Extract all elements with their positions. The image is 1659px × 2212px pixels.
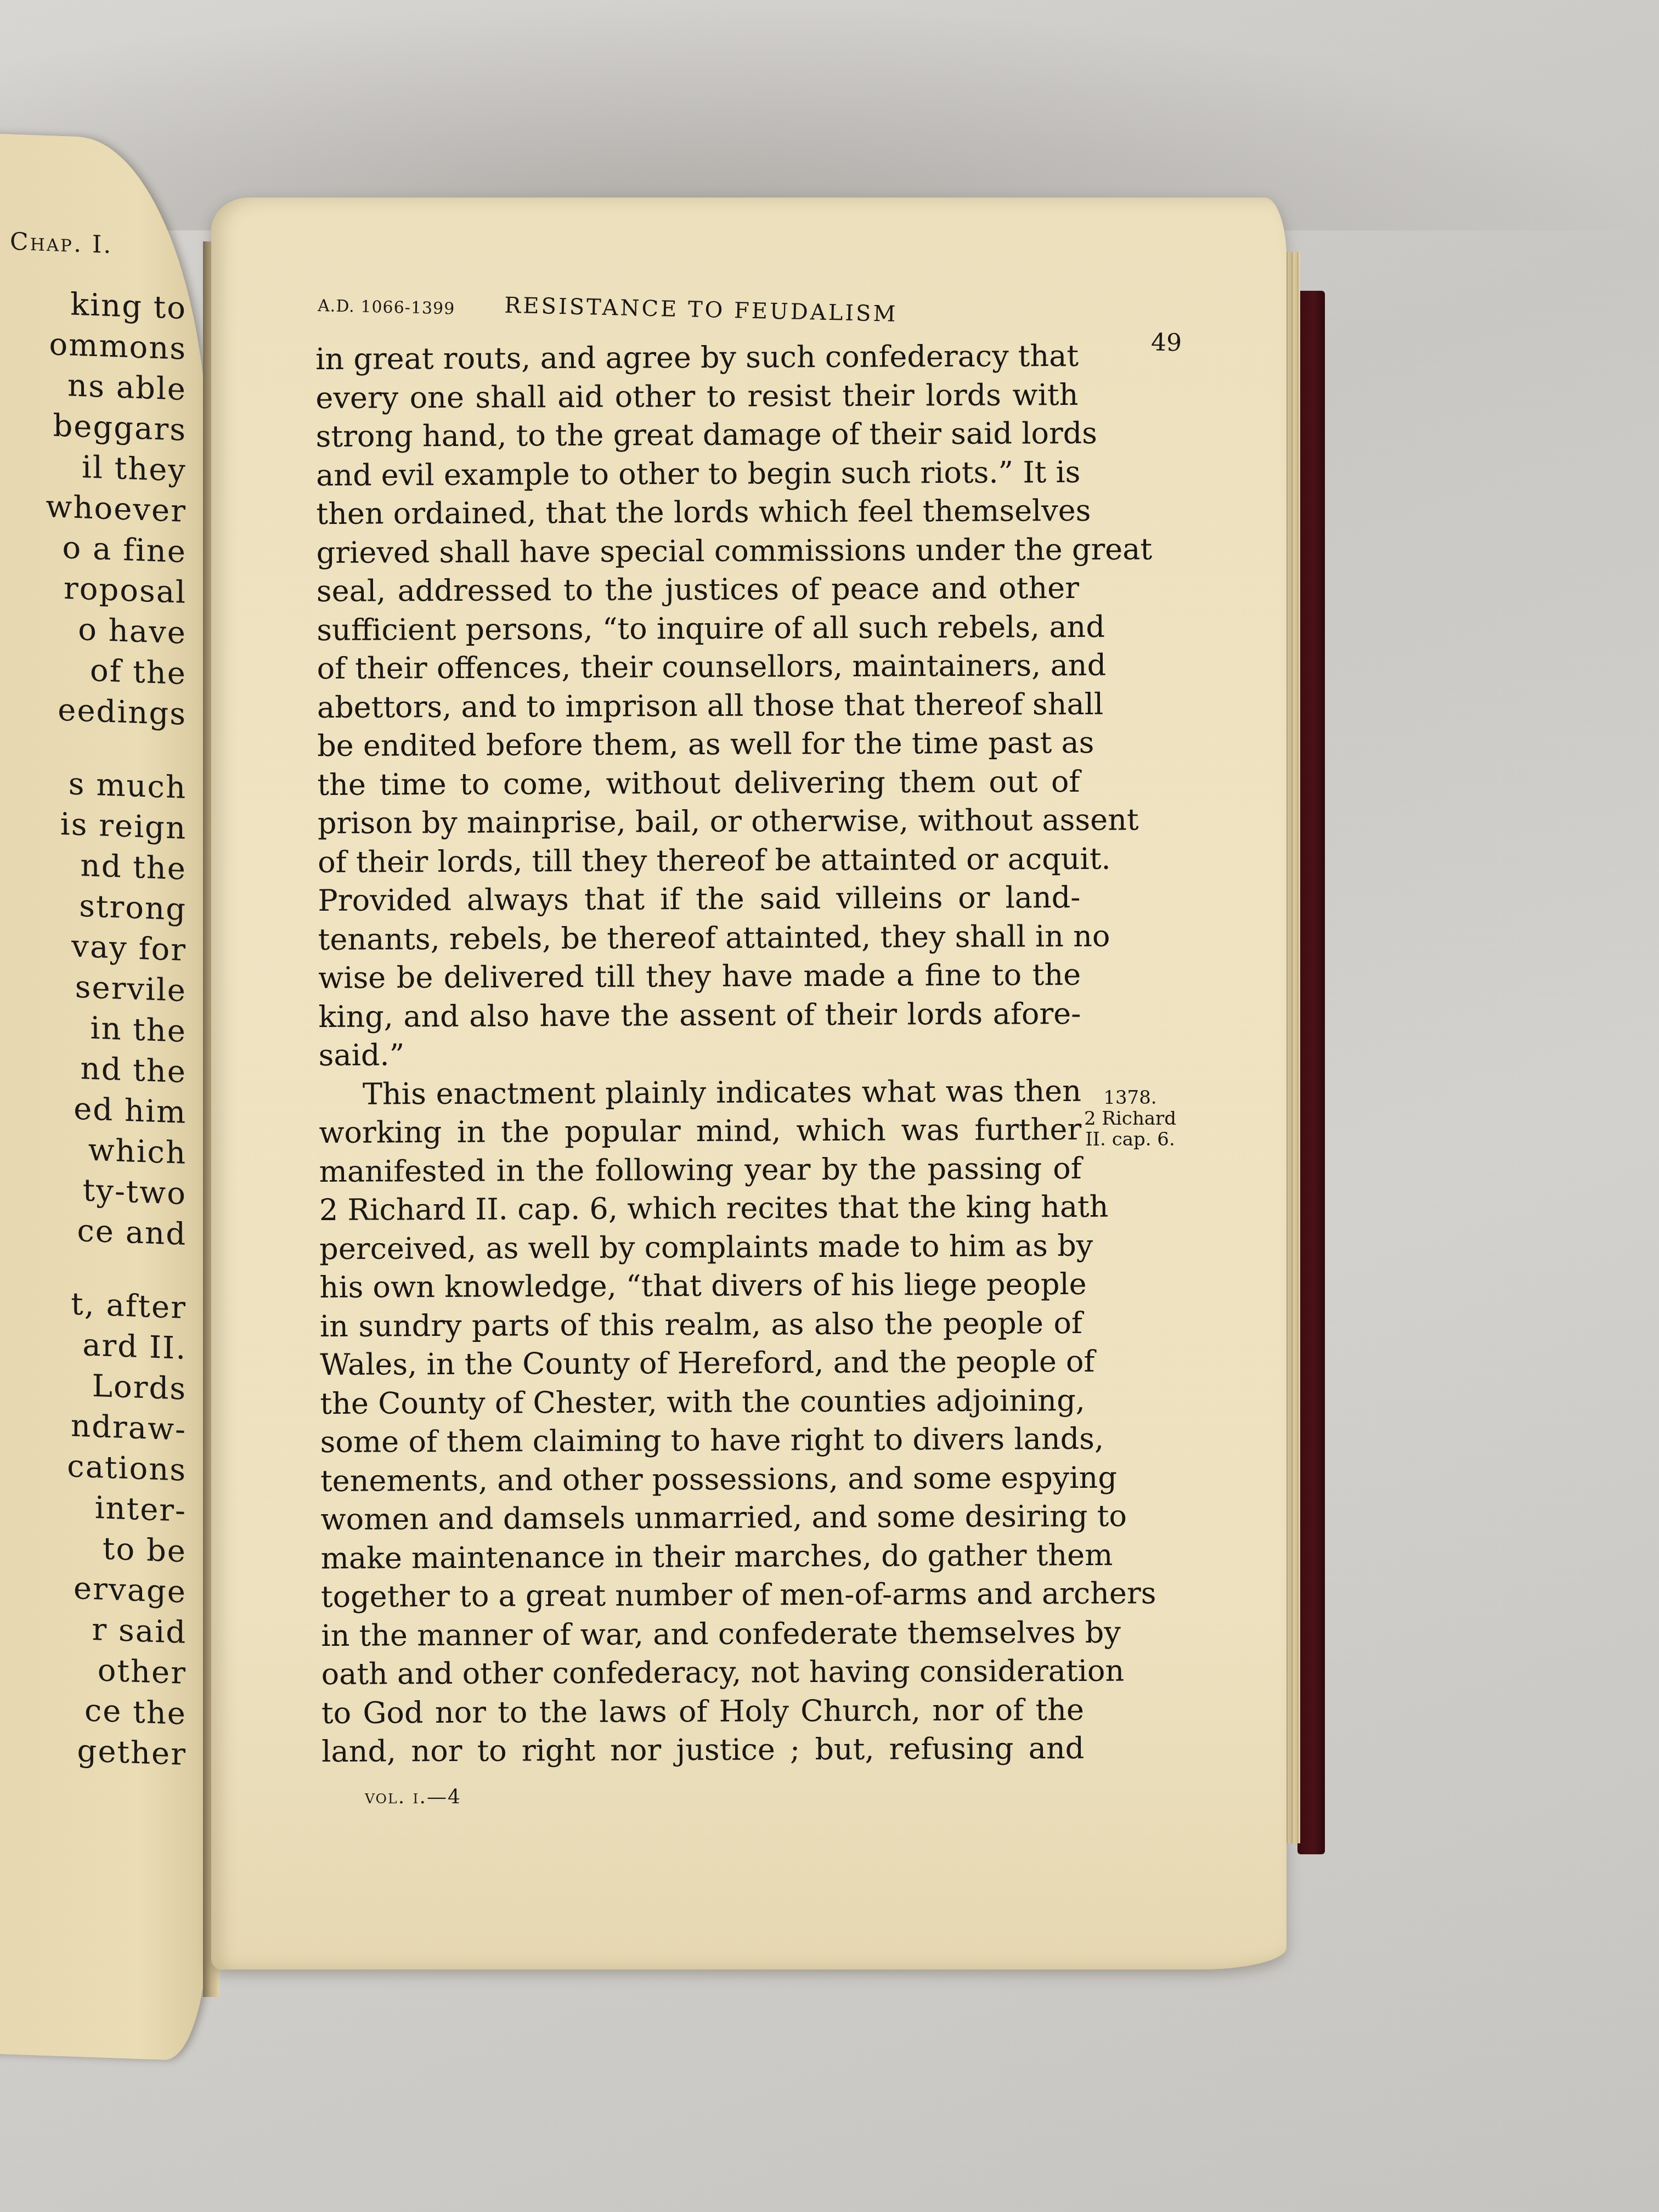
text-line: women and damsels unmarried, and some de… bbox=[320, 1497, 1083, 1539]
left-line: in the bbox=[0, 1005, 187, 1052]
left-line: o have bbox=[0, 606, 187, 654]
left-line: ard II. bbox=[0, 1322, 187, 1369]
left-line: eedings bbox=[0, 687, 187, 735]
left-line: r said bbox=[0, 1606, 187, 1654]
left-line: ed him bbox=[0, 1086, 187, 1133]
left-line: inter- bbox=[0, 1484, 187, 1532]
text-line: every one shall aid other to resist thei… bbox=[315, 375, 1078, 417]
left-line: nd the bbox=[0, 1045, 187, 1093]
left-line: vay for bbox=[0, 923, 187, 971]
text-line: prison by mainprise, bail, or otherwise,… bbox=[318, 801, 1080, 843]
margin-note: 1378. 2 Richard II. cap. 6. bbox=[1081, 1087, 1180, 1150]
background-shadow bbox=[0, 0, 1659, 230]
text-line: strong hand, to the great damage of thei… bbox=[316, 414, 1079, 456]
text-line: in the manner of war, and confederate th… bbox=[321, 1613, 1084, 1655]
text-line: Wales, in the County of Hereford, and th… bbox=[320, 1342, 1082, 1385]
text-line: the County of Chester, with the counties… bbox=[320, 1381, 1082, 1423]
text-line: Provided always that if the said villein… bbox=[318, 878, 1080, 921]
text-line: perceived, as well by complaints made to… bbox=[319, 1226, 1082, 1268]
left-line: gether bbox=[0, 1728, 187, 1775]
text-line: together to a great number of men-of-arm… bbox=[321, 1575, 1084, 1617]
left-line: il they bbox=[0, 444, 187, 492]
left-line: of the bbox=[0, 647, 187, 695]
text-line: in great routs, and agree by such confed… bbox=[315, 337, 1078, 379]
text-line: and evil example to other to begin such … bbox=[316, 453, 1079, 495]
margin-note-year: 1378. bbox=[1081, 1087, 1180, 1108]
text-line: land, nor to right nor justice ; but, re… bbox=[321, 1729, 1084, 1771]
text-line: sufficient persons, “to inquire of all s… bbox=[317, 607, 1079, 650]
left-line: s much bbox=[0, 761, 187, 809]
page-body-text: in great routs, and agree by such confed… bbox=[315, 337, 1084, 1771]
left-line: o a fine bbox=[0, 525, 187, 573]
text-line: tenants, rebels, be thereof attainted, t… bbox=[318, 917, 1081, 959]
text-line: grieved shall have special commissions u… bbox=[317, 530, 1079, 572]
text-line: king, and also have the assent of their … bbox=[318, 994, 1081, 1036]
text-line: seal, addressed to the justices of peace… bbox=[317, 569, 1079, 611]
left-chapter-header: Chap. I. bbox=[10, 228, 112, 259]
left-line: beggars bbox=[0, 403, 187, 451]
text-line: manifested in the following year by the … bbox=[319, 1149, 1081, 1191]
text-line: some of them claiming to have right to d… bbox=[320, 1420, 1083, 1462]
text-line: 2 Richard II. cap. 6, which recites that… bbox=[319, 1188, 1082, 1230]
left-line: which bbox=[0, 1126, 187, 1174]
text-line: abettors, and to imprison all those that… bbox=[317, 685, 1080, 727]
left-line: cations bbox=[0, 1443, 187, 1491]
left-line: Lords bbox=[0, 1362, 187, 1410]
left-line: ommons bbox=[0, 322, 187, 370]
left-line: roposal bbox=[0, 566, 187, 613]
left-line: servile bbox=[0, 964, 187, 1012]
signature-mark: vol. i.—4 bbox=[365, 1786, 461, 1808]
left-line: t, after bbox=[0, 1281, 187, 1329]
left-line: ervage bbox=[0, 1565, 187, 1613]
text-line: in sundry parts of this realm, as also t… bbox=[320, 1304, 1082, 1346]
book-cover-edge bbox=[1297, 291, 1325, 1854]
left-line: ns able bbox=[0, 363, 187, 410]
running-head-title: RESISTANCE TO FEUDALISM bbox=[504, 293, 898, 327]
text-line: his own knowledge, “that divers of his l… bbox=[319, 1265, 1082, 1307]
running-head-date: A.D. 1066-1399 bbox=[318, 296, 455, 319]
left-line: is reign bbox=[0, 802, 187, 849]
text-line: then ordained, that the lords which feel… bbox=[316, 492, 1079, 534]
left-line: to be bbox=[0, 1525, 187, 1572]
left-page-text: king to ommons ns able beggars il they w… bbox=[0, 281, 187, 1775]
left-line: strong bbox=[0, 883, 187, 930]
left-line: ce the bbox=[0, 1687, 187, 1735]
text-line: of their lords, till they thereof be att… bbox=[318, 839, 1080, 882]
text-line: of their offences, their counsellors, ma… bbox=[317, 646, 1079, 689]
left-line: other bbox=[0, 1646, 187, 1694]
left-line: ce and bbox=[0, 1207, 187, 1255]
text-line: working in the popular mind, which was f… bbox=[319, 1110, 1081, 1153]
left-line: ndraw- bbox=[0, 1403, 187, 1451]
left-page: Chap. I. king to ommons ns able beggars … bbox=[0, 133, 208, 2062]
text-line: oath and other confederacy, not having c… bbox=[321, 1652, 1084, 1694]
left-line: whoever bbox=[0, 484, 187, 532]
text-line: be endited before them, as well for the … bbox=[317, 724, 1080, 766]
left-line: ty-two bbox=[0, 1167, 187, 1215]
text-line: said.” bbox=[319, 1033, 1081, 1075]
margin-note-statute: 2 Richard bbox=[1081, 1108, 1180, 1129]
text-line: tenements, and other possessions, and so… bbox=[320, 1458, 1083, 1500]
left-line: king to bbox=[0, 281, 187, 329]
right-page: A.D. 1066-1399 RESISTANCE TO FEUDALISM 4… bbox=[211, 198, 1286, 1970]
page-number: 49 bbox=[1150, 328, 1182, 357]
text-line: the time to come, without delivering the… bbox=[317, 762, 1080, 804]
text-line: wise be delivered till they have made a … bbox=[318, 956, 1081, 998]
text-line: to God nor to the laws of Holy Church, n… bbox=[321, 1690, 1084, 1733]
left-line: nd the bbox=[0, 842, 187, 890]
text-line: make maintenance in their marches, do ga… bbox=[321, 1536, 1084, 1578]
text-line-paragraph-start: This enactment plainly indicates what wa… bbox=[319, 1071, 1081, 1114]
margin-note-statute-cont: II. cap. 6. bbox=[1081, 1129, 1180, 1150]
